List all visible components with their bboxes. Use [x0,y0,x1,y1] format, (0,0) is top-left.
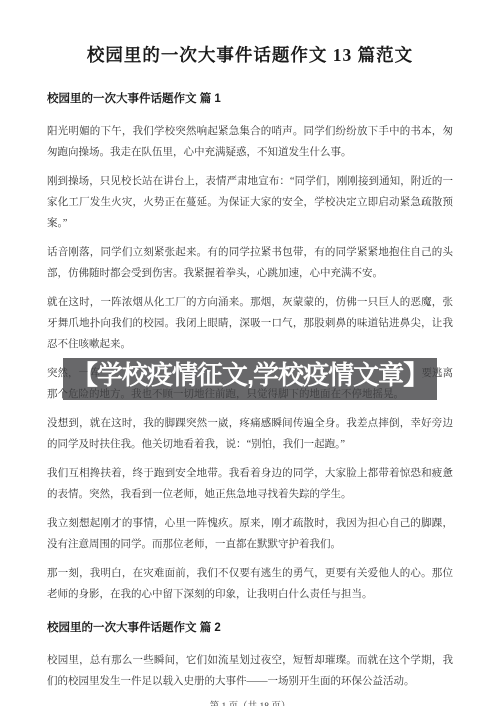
paragraph: 阳光明媚的下午，我们学校突然响起紧急集合的哨声。同学们纷纷放下手中的书本，匆匆跑… [47,121,453,163]
document-content: 校园里的一次大事件话题作文 13 篇范文 校园里的一次大事件话题作文 篇 1 阳… [47,0,453,706]
section-heading-2: 校园里的一次大事件话题作文 篇 2 [47,621,453,636]
watermark-banner: 【学校疫情征文,学校疫情文章】 [63,358,437,400]
paragraph: 校园里，总有那么一些瞬间，它们如流星划过夜空，短暂却璀璨。而就在这个学期，我们的… [47,650,453,692]
paragraph-obscured: 突然，一阵 要逃离 那个危险的地方。我也不顾一切地往前跑，只觉得脚下的地面在不停… [47,363,453,405]
paragraph: 话音刚落，同学们立刻紧张起来。有的同学拉紧书包带，有的同学紧紧地抱住自己的头部，… [47,242,453,284]
paragraph: 没想到，就在这时，我的脚踝突然一崴，疼痛感瞬间传遍全身。我差点摔倒，幸好旁边的同… [47,413,453,455]
paragraph: 我们互相搀扶着，终于跑到安全地带。我看着身边的同学，大家脸上都带着惊恐和疲惫的表… [47,463,453,505]
page-title: 校园里的一次大事件话题作文 13 篇范文 [47,42,453,68]
paragraph: 我立刻想起刚才的事情，心里一阵愧疚。原来，刚才疏散时，我因为担心自己的脚踝，没有… [47,513,453,555]
footer-page-number: 第 1 页（共 18 页） [47,700,453,706]
paragraph: 刚到操场，只见校长站在讲台上，表情严肃地宣布：“同学们，刚刚接到通知，附近的一家… [47,171,453,234]
document-page: 校园里的一次大事件话题作文 13 篇范文 校园里的一次大事件话题作文 篇 1 阳… [0,0,500,706]
paragraph: 就在这时，一阵浓烟从化工厂的方向涌来。那烟，灰蒙蒙的，仿佛一只巨人的恶魔，张牙舞… [47,292,453,355]
watermark-text: 【学校疫情征文,学校疫情文章】 [72,358,428,392]
paragraph: 那一刻，我明白，在灾难面前，我们不仅要有逃生的勇气，更要有关爱他人的心。那位老师… [47,563,453,605]
section-heading-1: 校园里的一次大事件话题作文 篇 1 [47,92,453,107]
